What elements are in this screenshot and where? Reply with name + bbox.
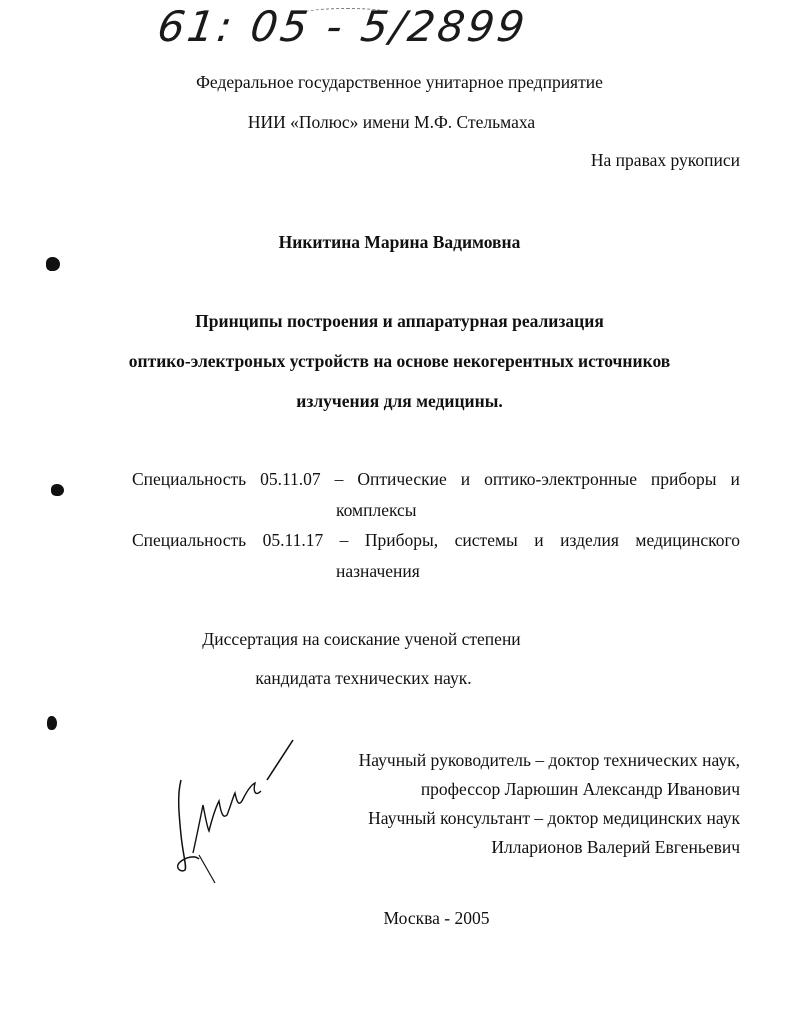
specialty-word: системы	[455, 530, 518, 551]
specialty-code: 05.11.17	[263, 530, 324, 551]
city-year: Москва - 2005	[37, 908, 799, 929]
author-name: Никитина Марина Вадимовна	[0, 232, 799, 253]
specialty-word: и	[461, 469, 470, 490]
specialty-code: 05.11.07	[260, 469, 321, 490]
specialty-2-continuation: назначения	[336, 561, 420, 582]
specialty-word: оптико-электронные	[484, 469, 637, 490]
specialty-word: Оптические	[357, 469, 446, 490]
title-line-1: Принципы построения и аппаратурная реали…	[0, 311, 799, 332]
title-line-3: излучения для медицины.	[0, 391, 799, 412]
specialty-1: Специальность 05.11.07 – Оптические и оп…	[132, 469, 740, 490]
archive-number-handwritten: 61: 05 - 5/2899	[155, 2, 531, 51]
degree-line-1: Диссертация на соискание ученой степени	[0, 629, 761, 650]
title-line-2: оптико-электроных устройств на основе не…	[0, 351, 799, 372]
specialty-word: Приборы,	[365, 530, 438, 551]
specialty-2: Специальность 05.11.17 – Приборы, систем…	[132, 530, 740, 551]
consultant-line-2: Илларионов Валерий Евгеньевич	[491, 837, 740, 858]
specialty-label: Специальность	[132, 530, 246, 551]
specialty-label: Специальность	[132, 469, 246, 490]
specialty-word: и	[731, 469, 740, 490]
specialty-word: и	[534, 530, 543, 551]
specialty-1-continuation: комплексы	[336, 500, 417, 521]
specialty-word: медицинского	[635, 530, 740, 551]
scan-blot-mark	[51, 484, 64, 496]
specialty-word: изделия	[560, 530, 619, 551]
supervisor-line-1: Научный руководитель – доктор технически…	[359, 750, 740, 771]
organization-line-1: Федеральное государственное унитарное пр…	[0, 72, 799, 93]
supervisor-line-2: профессор Ларюшин Александр Иванович	[421, 779, 740, 800]
specialty-dash: –	[335, 469, 344, 490]
specialty-word: приборы	[651, 469, 717, 490]
consultant-line-1: Научный консультант – доктор медицинских…	[368, 808, 740, 829]
degree-line-2: кандидата технических наук.	[0, 668, 763, 689]
signature-mark	[175, 735, 305, 885]
specialty-dash: –	[340, 530, 349, 551]
manuscript-rights-label: На правах рукописи	[591, 150, 740, 171]
scan-blot-mark	[46, 257, 60, 271]
organization-line-2: НИИ «Полюс» имени М.Ф. Стельмаха	[0, 112, 791, 133]
scan-blot-mark	[47, 716, 57, 730]
